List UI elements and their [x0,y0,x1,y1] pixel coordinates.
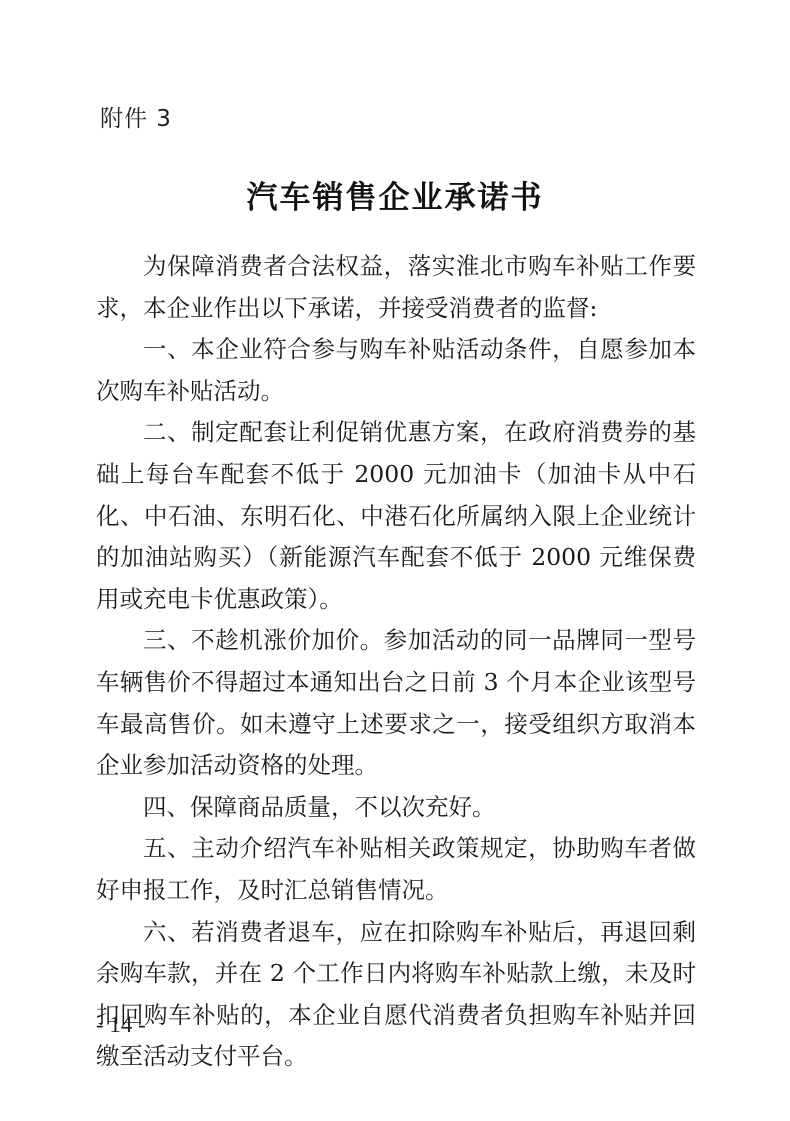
commitment-2: 二、制定配套让利促销优惠方案，在政府消费券的基础上每台车配套不低于 2000 元… [96,412,696,620]
attachment-label: 附件 3 [100,100,172,133]
commitment-3: 三、不趁机涨价加价。参加活动的同一品牌同一型号车辆售价不得超过本通知出台之日前 … [96,620,696,786]
commitment-1: 一、本企业符合参与购车补贴活动条件，自愿参加本次购车补贴活动。 [96,329,696,412]
document-body: 为保障消费者合法权益，落实淮北市购车补贴工作要求，本企业作出以下承诺，并接受消费… [96,246,696,1078]
document-page: 附件 3 汽车销售企业承诺书 为保障消费者合法权益，落实淮北市购车补贴工作要求，… [0,0,790,1121]
page-number: - 14 - [96,1012,146,1038]
commitment-6: 六、若消费者退车，应在扣除购车补贴后，再退回剩余购车款，并在 2 个工作日内将购… [96,912,696,1078]
intro-paragraph: 为保障消费者合法权益，落实淮北市购车补贴工作要求，本企业作出以下承诺，并接受消费… [96,246,696,329]
commitment-5: 五、主动介绍汽车补贴相关政策规定，协助购车者做好申报工作，及时汇总销售情况。 [96,828,696,911]
document-title: 汽车销售企业承诺书 [0,172,790,217]
commitment-4: 四、保障商品质量，不以次充好。 [96,787,696,829]
